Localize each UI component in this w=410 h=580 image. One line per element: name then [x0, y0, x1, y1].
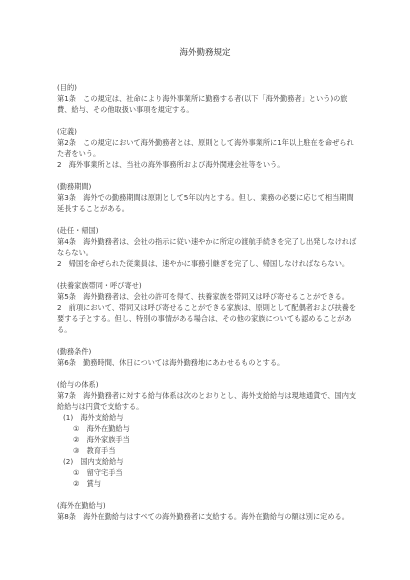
section-heading: (扶養家族帯同・呼び寄せ) — [57, 280, 357, 291]
list-item: ② 海外家族手当 — [57, 434, 357, 445]
list-item: ① 留守宅手当 — [57, 467, 357, 478]
article-text: 第8条 海外在勤給与はすべての海外勤務者に支給する。海外在勤給与の額は別に定める… — [57, 511, 357, 522]
section-heading: (勤務期間) — [57, 181, 357, 192]
list-item: ① 海外在勤給与 — [57, 423, 357, 434]
section-heading: (目的) — [57, 82, 357, 93]
article-text: 2 海外事業所とは、当社の海外事務所および海外関連会社等をいう。 — [57, 159, 357, 170]
article-text: 2 前項において、帯同又は呼び寄せることができる家族は、原則として配偶者および扶… — [57, 302, 357, 335]
article-text: 第1条 この規定は、社命により海外事業所に勤務する者(以下「海外勤務者」という)… — [57, 93, 357, 115]
article-text: 2 帰国を命ぜられた従業員は、速やかに事務引継ぎを完了し、帰国しなければならない… — [57, 258, 357, 269]
section-family: (扶養家族帯同・呼び寄せ) 第5条 海外勤務者は、会社の許可を得て、扶養家族を帯… — [57, 280, 357, 335]
list-item: ② 賞与 — [57, 478, 357, 489]
list-label: (1) 海外支給給与 — [57, 412, 357, 423]
article-text: 第6条 勤務時間、休日については海外勤務地にあわせるものとする。 — [57, 357, 357, 368]
section-work-period: (勤務期間) 第3条 海外での勤務期間は原則として5年以内とする。但し、業務の必… — [57, 181, 357, 214]
section-heading: (赴任・帰国) — [57, 225, 357, 236]
section-purpose: (目的) 第1条 この規定は、社命により海外事業所に勤務する者(以下「海外勤務者… — [57, 82, 357, 115]
article-text: 第2条 この規定において海外勤務者とは、原則として海外事業所に1年以上駐在を命ぜ… — [57, 137, 357, 159]
section-heading: (勤務条件) — [57, 346, 357, 357]
article-text: 第7条 海外勤務者に対する給与体系は次のとおりとし、海外支給給与は現地通貨で、国… — [57, 390, 357, 412]
article-text: 第4条 海外勤務者は、会社の指示に従い速やかに所定の渡航手続きを完了し出発しなけ… — [57, 236, 357, 258]
section-salary-system: (給与の体系) 第7条 海外勤務者に対する給与体系は次のとおりとし、海外支給給与… — [57, 379, 357, 489]
document-title: 海外勤務規定 — [0, 46, 410, 58]
list-label: (2) 国内支給給与 — [57, 456, 357, 467]
section-heading: (海外在勤給与) — [57, 500, 357, 511]
section-heading: (給与の体系) — [57, 379, 357, 390]
article-text: 第3条 海外での勤務期間は原則として5年以内とする。但し、業務の必要に応じて相当… — [57, 192, 357, 214]
article-text: 第5条 海外勤務者は、会社の許可を得て、扶養家族を帯同又は呼び寄せることができる… — [57, 291, 357, 302]
section-overseas-salary: (海外在勤給与) 第8条 海外在勤給与はすべての海外勤務者に支給する。海外在勤給… — [57, 500, 357, 522]
section-work-conditions: (勤務条件) 第6条 勤務時間、休日については海外勤務地にあわせるものとする。 — [57, 346, 357, 368]
section-assignment-return: (赴任・帰国) 第4条 海外勤務者は、会社の指示に従い速やかに所定の渡航手続きを… — [57, 225, 357, 269]
section-definition: (定義) 第2条 この規定において海外勤務者とは、原則として海外事業所に1年以上… — [57, 126, 357, 170]
list-item: ③ 教育手当 — [57, 445, 357, 456]
section-heading: (定義) — [57, 126, 357, 137]
document-body: (目的) 第1条 この規定は、社命により海外事業所に勤務する者(以下「海外勤務者… — [57, 82, 357, 533]
